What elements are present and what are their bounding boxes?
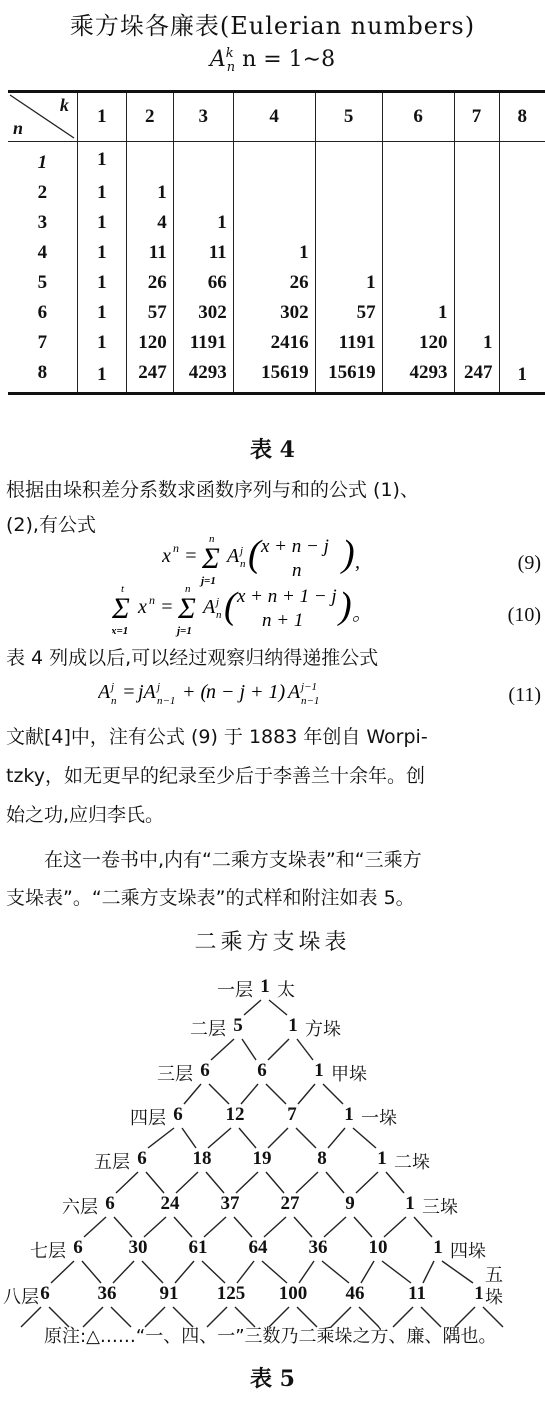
pyramid-value: 36	[298, 1237, 338, 1259]
pyramid-value: 46	[335, 1283, 375, 1305]
pyramid-value: 27	[270, 1193, 310, 1215]
layer-label: 七层	[30, 1237, 66, 1263]
layer-label: 八层	[3, 1283, 39, 1309]
pile-label: 方垛	[305, 1015, 341, 1041]
pyramid-value: 100	[273, 1283, 313, 1305]
pyramid-value: 9	[330, 1193, 370, 1215]
pile-label: 一垛	[361, 1104, 397, 1130]
layer-label: 一层	[217, 976, 253, 1002]
pyramid-value: 24	[150, 1193, 190, 1215]
original-note: 原注:△……“一、四、一”三数乃二乘垛之方、廉、隅也。	[44, 1322, 497, 1348]
pyramid-value: 19	[242, 1148, 282, 1170]
pyramid-value: 36	[87, 1283, 127, 1305]
pyramid-value: 7	[272, 1104, 312, 1126]
pyramid-value: 8	[302, 1148, 342, 1170]
pyramid-value: 64	[238, 1237, 278, 1259]
layer-label: 四层	[130, 1104, 166, 1130]
pyramid-value: 61	[178, 1237, 218, 1259]
pile-label: 甲垛	[331, 1060, 367, 1086]
pile-label-top: 五	[485, 1261, 503, 1287]
pyramid-value: 10	[358, 1237, 398, 1259]
pile-label: 太	[277, 976, 295, 1002]
pyramid-value: 6	[242, 1060, 282, 1082]
pyramid-value: 30	[118, 1237, 158, 1259]
pile-label: 四垛	[450, 1237, 486, 1263]
layer-label: 三层	[157, 1060, 193, 1086]
table5-caption: 表 5	[0, 1362, 545, 1393]
pyramid-value: 91	[149, 1283, 189, 1305]
pile-label: 三垛	[422, 1193, 458, 1219]
layer-label: 五层	[94, 1148, 130, 1174]
layer-label: 二层	[190, 1015, 226, 1041]
pyramid-value: 37	[210, 1193, 250, 1215]
pyramid-value: 12	[215, 1104, 255, 1126]
layer-label: 六层	[62, 1193, 98, 1219]
pile-label: 二垛	[394, 1148, 430, 1174]
pyramid-value: 11	[397, 1283, 437, 1305]
pyramid-value: 125	[211, 1283, 251, 1305]
pyramid-value: 18	[182, 1148, 222, 1170]
